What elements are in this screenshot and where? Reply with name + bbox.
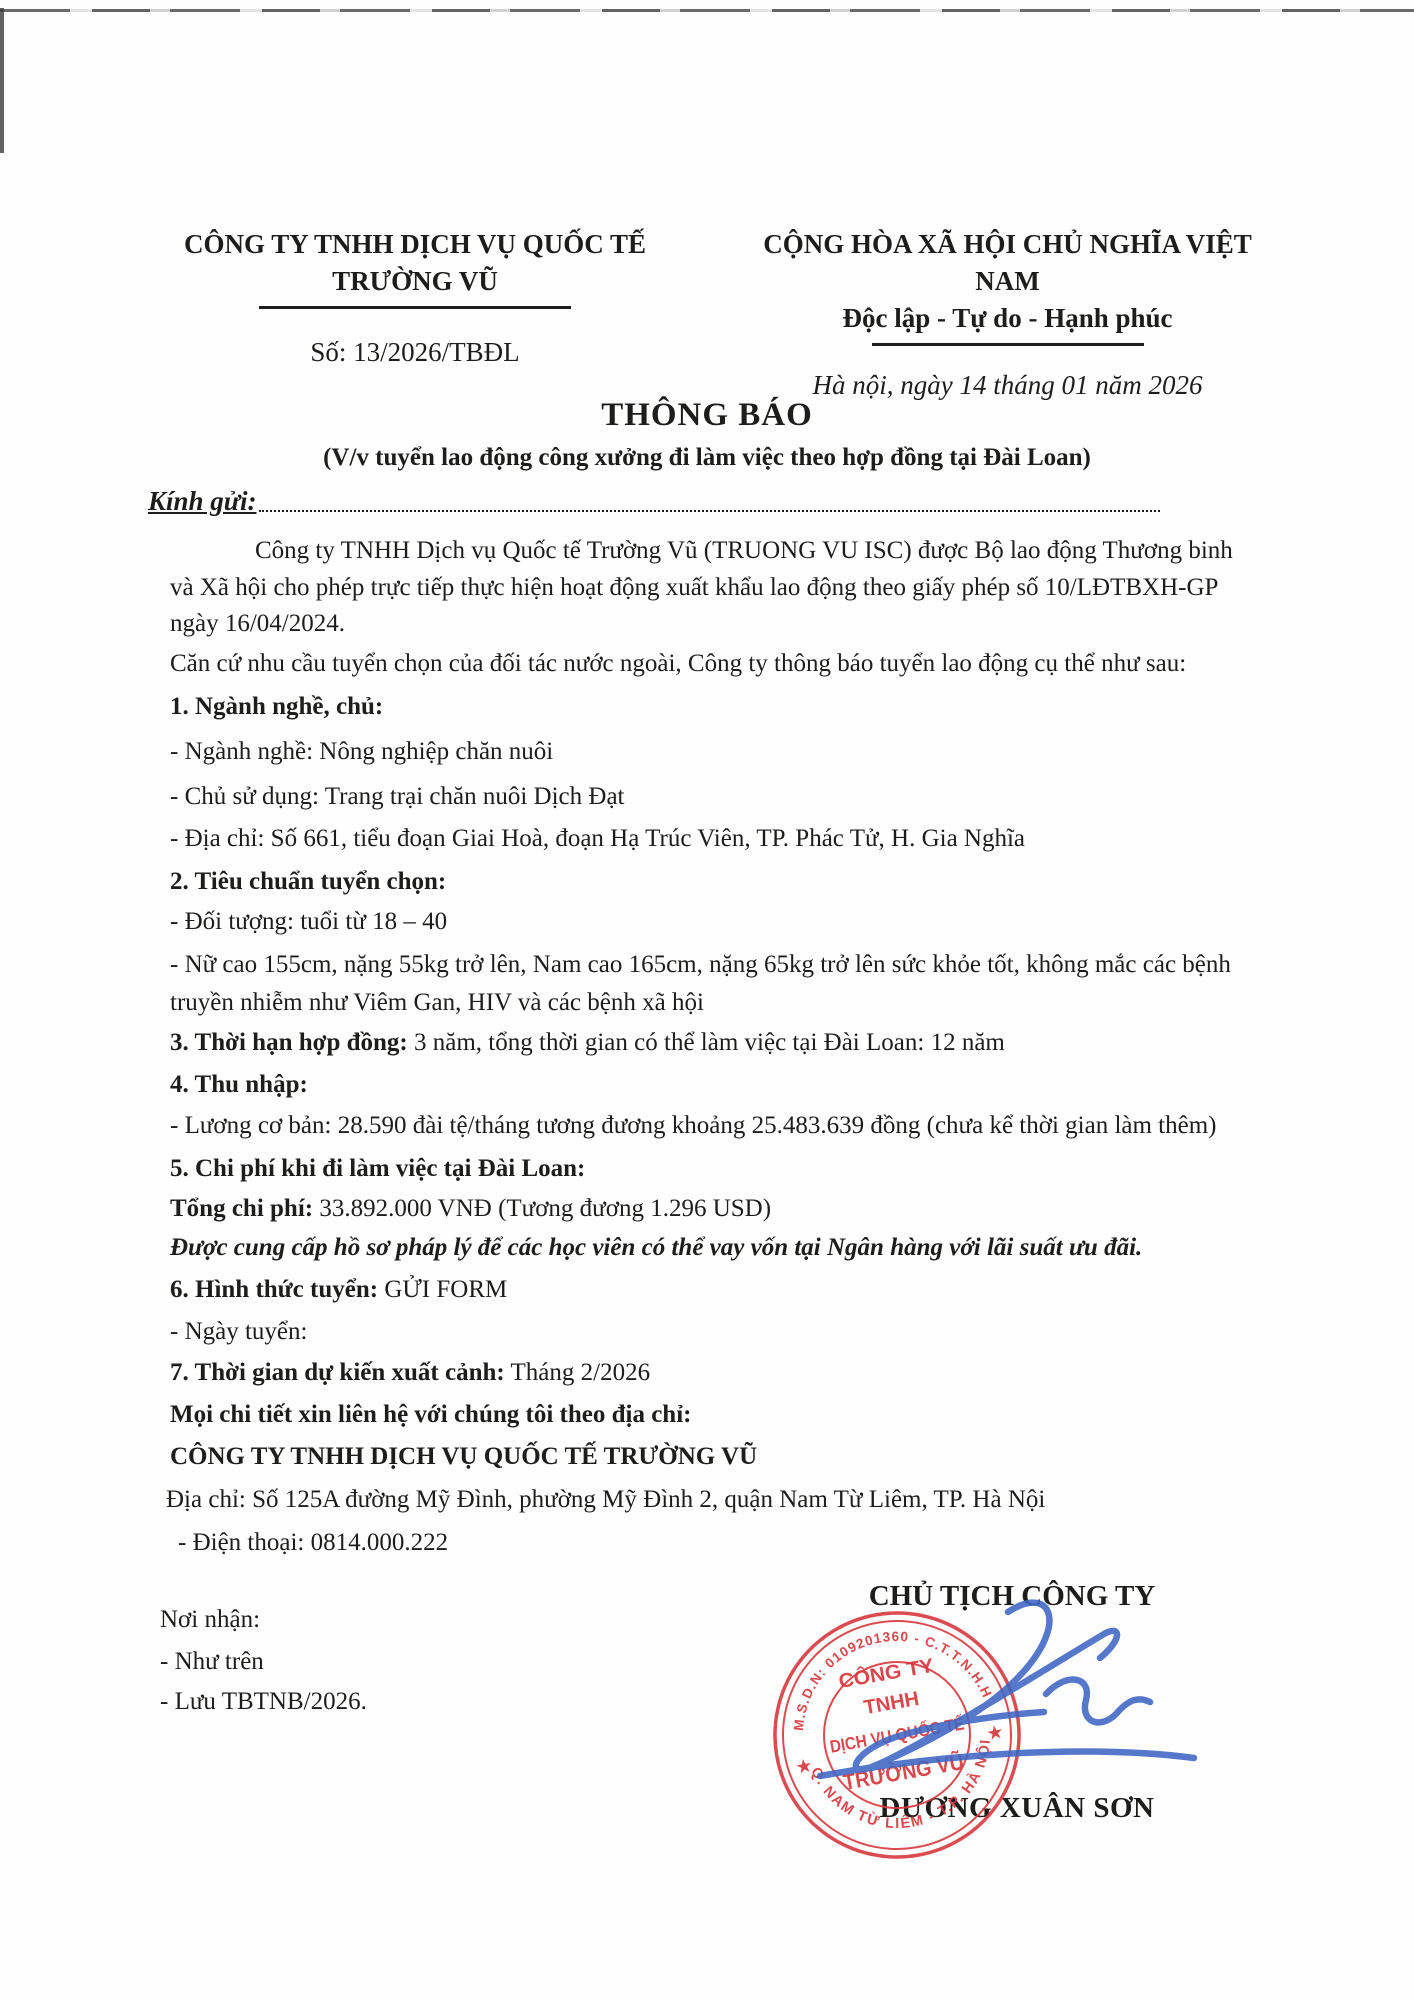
section1-item-address: - Địa chỉ: Số 661, tiểu đoạn Giai Hoà, đ…	[170, 825, 1025, 853]
header-national-block: CỘNG HÒA XÃ HỘI CHỦ NGHĨA VIỆT NAM Độc l…	[735, 226, 1280, 404]
recipients-item-2: - Lưu TBTNB/2026.	[160, 1688, 367, 1716]
salutation-row: Kính gửi:	[148, 486, 1160, 517]
intro-paragraph-line2: và Xã hội cho phép trực tiếp thực hiện h…	[170, 574, 1218, 602]
section3-text: 3 năm, tổng thời gian có thể làm việc tạ…	[408, 1029, 1005, 1056]
basis-line: Căn cứ nhu cầu tuyển chọn của đối tác nư…	[170, 650, 1186, 678]
loan-support-note: Được cung cấp hồ sơ pháp lý để các học v…	[170, 1234, 1142, 1262]
scan-edge-artifact-left	[0, 8, 4, 153]
section1-item-employer: - Chủ sử dụng: Trang trại chăn nuôi Dịch…	[170, 783, 624, 811]
section6-text: GỬI FORM	[378, 1276, 507, 1303]
company-name-line1: CÔNG TY TNHH DỊCH VỤ QUỐC TẾ	[150, 226, 680, 263]
signature-stroke-underline	[820, 1752, 1194, 1776]
company-underline	[259, 306, 571, 309]
signature-stroke-diagonal	[872, 1631, 1117, 1768]
section2-item-health-line1: - Nữ cao 155cm, nặng 55kg trở lên, Nam c…	[170, 951, 1231, 979]
header-company-block: CÔNG TY TNHH DỊCH VỤ QUỐC TẾ TRƯỜNG VŨ S…	[150, 226, 680, 371]
recipients-item-1: - Như trên	[160, 1648, 264, 1676]
section7-heading: 7. Thời gian dự kiến xuất cảnh:	[170, 1359, 505, 1386]
salutation-dotted-line	[259, 486, 1160, 512]
section2-heading: 2. Tiêu chuẩn tuyển chọn:	[170, 868, 446, 895]
intro-paragraph-line1: Công ty TNHH Dịch vụ Quốc tế Trường Vũ (…	[255, 537, 1233, 565]
section1-item-industry: - Ngành nghề: Nông nghiệp chăn nuôi	[170, 738, 553, 766]
contact-address: Địa chỉ: Số 125A đường Mỹ Đình, phường M…	[166, 1486, 1045, 1514]
section4-item-salary: - Lương cơ bản: 28.590 đài tệ/tháng tươn…	[170, 1112, 1217, 1140]
section7-text: Tháng 2/2026	[505, 1359, 650, 1386]
intro-paragraph-line3: ngày 16/04/2024.	[170, 610, 345, 638]
national-motto-line1: CỘNG HÒA XÃ HỘI CHỦ NGHĨA VIỆT NAM	[735, 226, 1280, 300]
section2-item-health-line2: truyền nhiễm như Viêm Gan, HIV và các bệ…	[170, 989, 704, 1017]
section6-line: 6. Hình thức tuyển: GỬI FORM	[170, 1276, 507, 1304]
section4-heading: 4. Thu nhập:	[170, 1071, 308, 1098]
document-title: THÔNG BÁO	[0, 397, 1414, 434]
section1-heading: 1. Ngành nghề, chủ:	[170, 693, 383, 720]
total-cost-value: 33.892.000 VNĐ (Tương đương 1.296 USD)	[313, 1195, 771, 1222]
contact-phone: - Điện thoại: 0814.000.222	[178, 1529, 448, 1557]
national-motto-line2: Độc lập - Tự do - Hạnh phúc	[735, 300, 1280, 337]
document-subtitle: (V/v tuyển lao động công xưởng đi làm vi…	[0, 444, 1414, 472]
salutation-label: Kính gửi:	[148, 486, 256, 517]
section6-item-date: - Ngày tuyển:	[170, 1318, 307, 1346]
contact-heading: Mọi chi tiết xin liên hệ với chúng tôi t…	[170, 1401, 691, 1428]
scan-edge-artifact-top	[0, 9, 1414, 12]
section3-heading: 3. Thời hạn hợp đồng:	[170, 1029, 408, 1056]
document-number: Số: 13/2026/TBĐL	[150, 334, 680, 371]
signature-stroke-curl	[1046, 1680, 1150, 1723]
recipients-label: Nơi nhận:	[160, 1606, 260, 1634]
total-cost-label: Tổng chi phí:	[170, 1195, 313, 1222]
contact-company-name: CÔNG TY TNHH DỊCH VỤ QUỐC TẾ TRƯỜNG VŨ	[170, 1443, 757, 1470]
section5-total-cost-line: Tổng chi phí: 33.892.000 VNĐ (Tương đươn…	[170, 1195, 771, 1223]
section2-item-age: - Đối tượng: tuổi từ 18 – 40	[170, 908, 447, 936]
section5-heading: 5. Chi phí khi đi làm việc tại Đài Loan:	[170, 1155, 585, 1182]
handwritten-signature	[700, 1555, 1260, 1815]
scanned-announcement-document: CÔNG TY TNHH DỊCH VỤ QUỐC TẾ TRƯỜNG VŨ S…	[0, 0, 1414, 2000]
motto-underline	[872, 343, 1144, 346]
section3-line: 3. Thời hạn hợp đồng: 3 năm, tổng thời g…	[170, 1029, 1005, 1057]
section7-line: 7. Thời gian dự kiến xuất cảnh: Tháng 2/…	[170, 1359, 650, 1387]
section6-heading: 6. Hình thức tuyển:	[170, 1276, 378, 1303]
company-name-line2: TRƯỜNG VŨ	[150, 263, 680, 300]
